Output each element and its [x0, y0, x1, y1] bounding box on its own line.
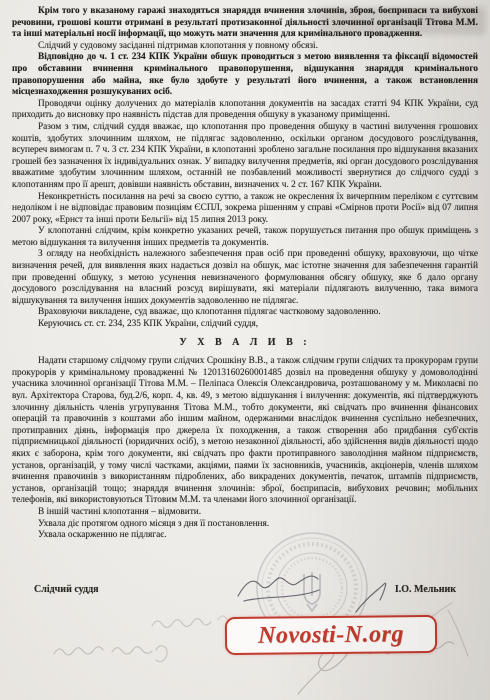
document-paragraph: Крім того у вказаному гаражі знаходяться…: [12, 6, 478, 41]
document-paragraph: Неконкретність посилання на речі за своє…: [12, 192, 478, 227]
resolution-paragraph: Надати старшому слідчому групи слідчих С…: [12, 356, 478, 507]
document-paragraph: Керуючись ст. ст. 234, 235 КПК України, …: [12, 319, 478, 331]
document-paragraph: Відповідно до ч. 1 ст. 234 КПК України о…: [12, 52, 478, 98]
watermark-text: Novosti-N.org: [258, 621, 404, 650]
document-paragraph: Разом з тим, слідчий суддя вважає, що кл…: [12, 122, 478, 192]
signature-row: Слідчий суддя І.О. Мельник: [34, 584, 468, 595]
resolution-paragraph: Ухвала оскарженню не підлягає.: [12, 530, 478, 542]
resolution-paragraph: В іншій частині клопотання – відмовити.: [12, 507, 478, 519]
resolution-heading: У Х В А Л И В :: [12, 337, 478, 349]
judge-title-label: Слідчий суддя: [34, 584, 99, 595]
document-paragraph: З огляду на необхідність належного забез…: [12, 249, 478, 307]
judge-name: І.О. Мельник: [395, 584, 456, 595]
document-paragraph: У клопотанні слідчим, крім конкретно ука…: [12, 226, 478, 249]
scanned-court-ruling-page: Крім того у вказаному гаражі знаходяться…: [0, 0, 490, 700]
document-body: Крім того у вказаному гаражі знаходяться…: [12, 6, 478, 542]
news-site-watermark: Novosti-N.org: [225, 615, 437, 655]
document-paragraph: Проводячи оцінку долучених до матеріалів…: [12, 99, 478, 122]
document-paragraph: Слідчий у судовому засіданні підтримав к…: [12, 41, 478, 53]
resolution-paragraph: Ухвала діє протягом одного місяця з дня …: [12, 519, 478, 531]
document-paragraph: Враховуючи викладене, суд вважає, що кло…: [12, 307, 478, 319]
